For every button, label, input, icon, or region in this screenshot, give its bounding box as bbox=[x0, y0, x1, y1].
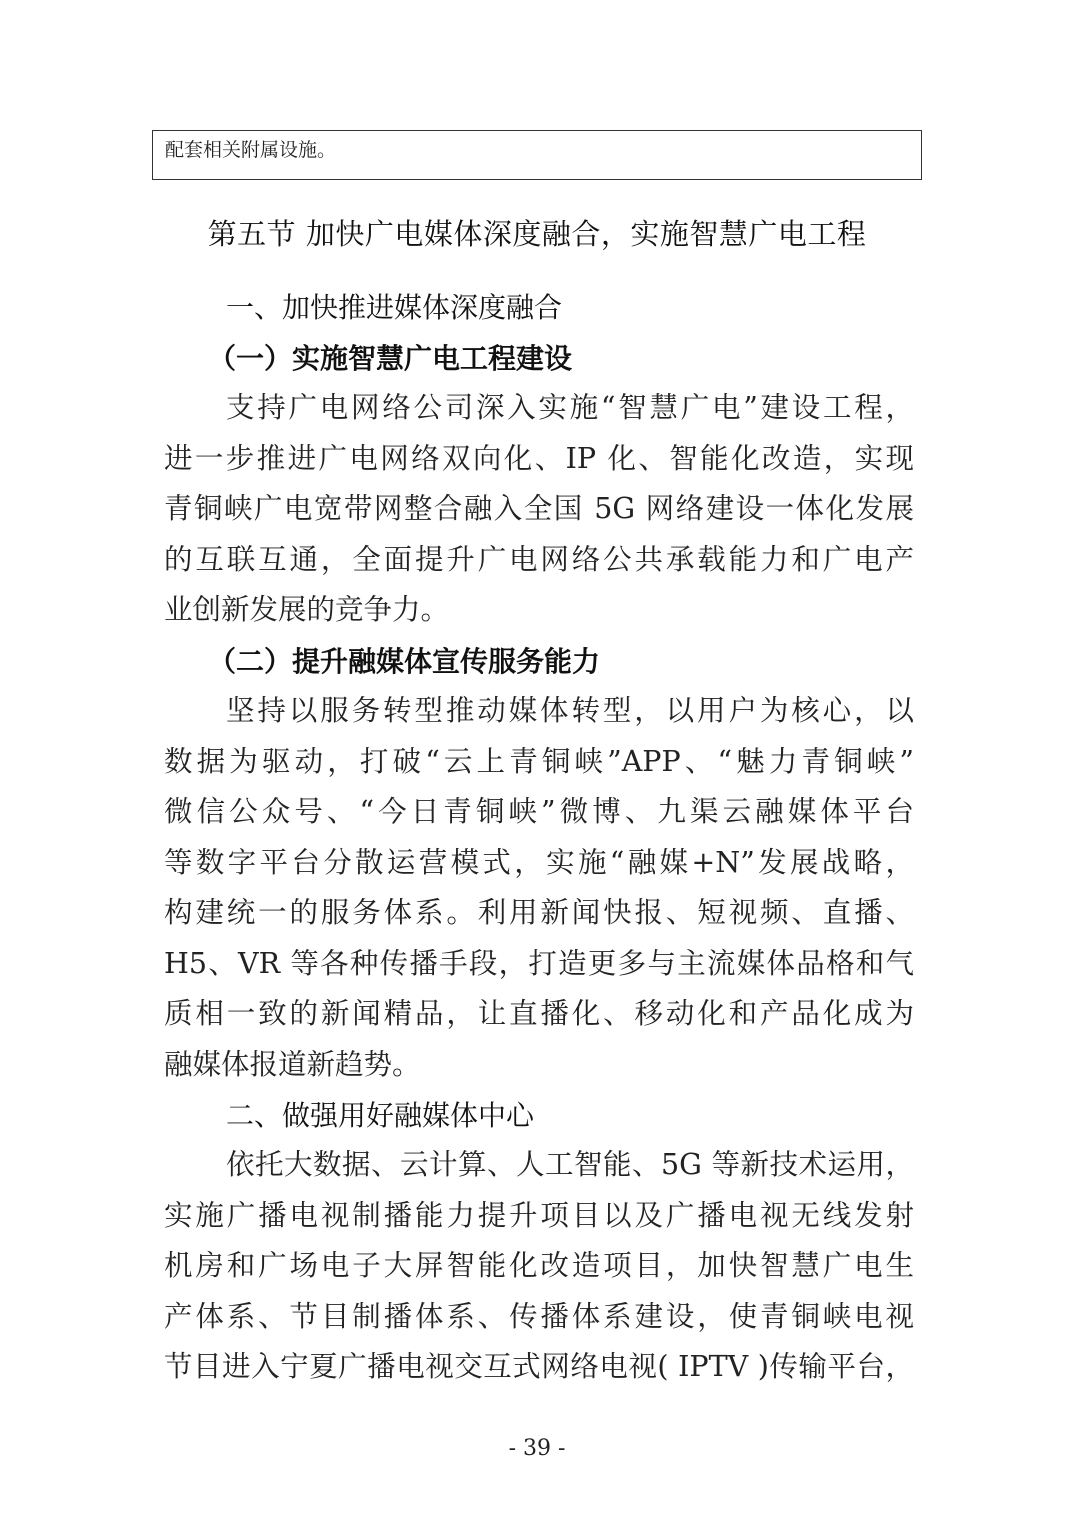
paragraph-line: 青铜峡广电宽带网整合融入全国 5G 网络建设一体化发展 bbox=[164, 484, 914, 535]
paragraph-line: 节目进入宁夏广播电视交互式网络电视( IPTV )传输平台， bbox=[164, 1342, 914, 1393]
paragraph-smart-broadcast: 支持广电网络公司深入实施“智慧广电”建设工程， 进一步推进广电网络双向化、IP … bbox=[164, 383, 914, 636]
section-title: 第五节 加快广电媒体深度融合，实施智慧广电工程 bbox=[0, 212, 1074, 253]
paragraph-media-service: 坚持以服务转型推动媒体转型，以用户为核心，以 数据为驱动，打破“云上青铜峡”AP… bbox=[164, 686, 914, 1090]
page-number: - 39 - bbox=[0, 1436, 1074, 1461]
heading-level2-smart-broadcast: （一）实施智慧广电工程建设 bbox=[208, 337, 572, 377]
paragraph-line: 融媒体报道新趋势。 bbox=[164, 1040, 914, 1091]
paragraph-line: 产体系、节目制播体系、传播体系建设，使青铜峡电视 bbox=[164, 1292, 914, 1343]
heading-level2-media-service: （二）提升融媒体宣传服务能力 bbox=[208, 640, 600, 680]
paragraph-line: 实施广播电视制播能力提升项目以及广播电视无线发射 bbox=[164, 1191, 914, 1242]
table-cell-text: 配套相关附属设施。 bbox=[165, 135, 336, 162]
paragraph-line: 等数字平台分散运营模式，实施“融媒+N”发展战略， bbox=[164, 838, 914, 889]
paragraph-line: 依托大数据、云计算、人工智能、5G 等新技术运用， bbox=[164, 1140, 914, 1191]
paragraph-line: 构建统一的服务体系。利用新闻快报、短视频、直播、 bbox=[164, 888, 914, 939]
heading-level1-media-integration: 一、加快推进媒体深度融合 bbox=[226, 286, 562, 326]
paragraph-line: 业创新发展的竞争力。 bbox=[164, 585, 914, 636]
paragraph-line: 机房和广场电子大屏智能化改造项目，加快智慧广电生 bbox=[164, 1241, 914, 1292]
paragraph-line: 进一步推进广电网络双向化、IP 化、智能化改造，实现 bbox=[164, 434, 914, 485]
paragraph-line: 微信公众号、“今日青铜峡”微博、九渠云融媒体平台 bbox=[164, 787, 914, 838]
paragraph-line: 数据为驱动，打破“云上青铜峡”APP、“魅力青铜峡” bbox=[164, 737, 914, 788]
paragraph-media-center: 依托大数据、云计算、人工智能、5G 等新技术运用， 实施广播电视制播能力提升项目… bbox=[164, 1140, 914, 1393]
paragraph-line: 坚持以服务转型推动媒体转型，以用户为核心，以 bbox=[164, 686, 914, 737]
paragraph-line: 的互联互通，全面提升广电网络公共承载能力和广电产 bbox=[164, 535, 914, 586]
table-fragment: 配套相关附属设施。 bbox=[152, 130, 922, 180]
paragraph-line: 支持广电网络公司深入实施“智慧广电”建设工程， bbox=[164, 383, 914, 434]
paragraph-line: 质相一致的新闻精品，让直播化、移动化和产品化成为 bbox=[164, 989, 914, 1040]
paragraph-line: H5、VR 等各种传播手段，打造更多与主流媒体品格和气 bbox=[164, 939, 914, 990]
heading-level1-media-center: 二、做强用好融媒体中心 bbox=[226, 1094, 534, 1134]
